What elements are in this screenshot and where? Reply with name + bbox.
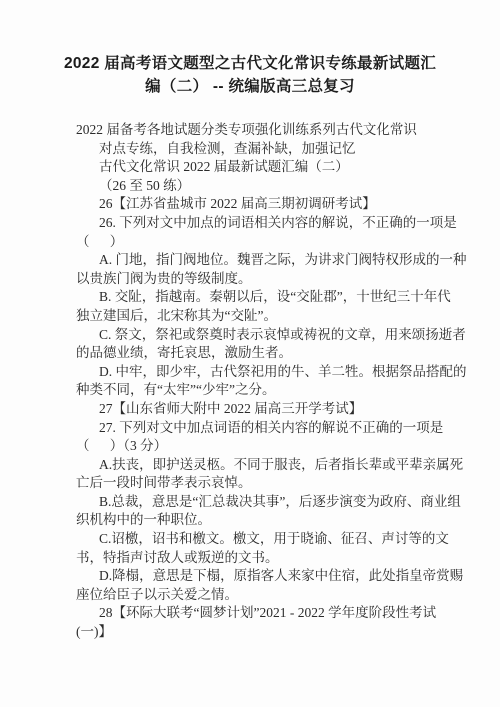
- question-27-option-d-line-1: D.降榻，意思是下榻，原指客人来家中住宿，此处指皇帝赏赐: [76, 567, 436, 586]
- page-title-line-2: 编（二） -- 统编版高三总复习: [50, 75, 450, 98]
- document-page: 2022 届高考语文题型之古代文化常识专练最新试题汇 编（二） -- 统编版高三…: [0, 0, 500, 707]
- practice-tagline-line: 对点专练，自我检测，查漏补缺，加强记忆: [76, 140, 436, 159]
- question-27-option-c-line-1: C.诏檄，诏书和檄文。檄文，用于晓谕、征召、声讨等的文: [76, 530, 436, 549]
- question-26-option-c-line-2: 的品德业绩，寄托哀思，激励生者。: [76, 344, 436, 363]
- document-body: 2022 届备考各地试题分类专项强化训练系列古代文化常识 对点专练，自我检测，查…: [76, 121, 436, 642]
- question-26-answer-blank: （ ）: [76, 233, 436, 252]
- question-27-stem-line: 27. 下列对文中加点词语的相关内容的解说不正确的一项是: [76, 419, 436, 438]
- question-26-option-d-line-1: D. 中牢，即少牢，古代祭祀用的牛、羊二牲。根据祭品搭配的: [76, 363, 436, 382]
- question-26-option-b-line-1: B. 交阯，指越南。秦朝以后，设“交阯郡”，十世纪三十年代: [76, 288, 436, 307]
- exam-28-source-line-1: 28【环际大联考“圆梦计划”2021 - 2022 学年度阶段性考试: [76, 604, 436, 623]
- practice-range-line: （26 至 50 练）: [76, 177, 436, 196]
- series-intro-line: 2022 届备考各地试题分类专项强化训练系列古代文化常识: [76, 121, 436, 140]
- page-title: 2022 届高考语文题型之古代文化常识专练最新试题汇 编（二） -- 统编版高三…: [50, 52, 450, 98]
- exam-28-source-line-2: (一)】: [76, 623, 436, 642]
- question-27-option-b-line-1: B.总裁，意思是“汇总裁决其事”，后逐步演变为政府、商业组: [76, 493, 436, 512]
- question-26-option-a-line-1: A. 门地，指门阀地位。魏晋之际，为讲求门阀特权形成的一种: [76, 251, 436, 270]
- question-26-option-a-line-2: 以贵族门阀为贵的等级制度。: [76, 270, 436, 289]
- question-27-option-d-line-2: 座位给臣子以示关爱之情。: [76, 586, 436, 605]
- question-27-option-a-line-1: A.扶丧，即护送灵柩。不同于服丧，后者指长辈或平辈亲属死: [76, 456, 436, 475]
- exam-27-source-line: 27【山东省师大附中 2022 届高三开学考试】: [76, 400, 436, 419]
- question-26-option-b-line-2: 独立建国后，北宋称其为“交阯”。: [76, 307, 436, 326]
- question-26-stem-line: 26. 下列对文中加点的词语相关内容的解说，不正确的一项是: [76, 214, 436, 233]
- question-27-option-c-line-2: 书，特指声讨敌人或叛逆的文书。: [76, 549, 436, 568]
- page-title-line-1: 2022 届高考语文题型之古代文化常识专练最新试题汇: [50, 52, 450, 75]
- question-26-option-c-line-1: C. 祭文，祭祀或祭奠时表示哀悼或祷祝的文章，用来颂扬逝者: [76, 326, 436, 345]
- exam-26-source-line: 26【江苏省盐城市 2022 届高三期初调研考试】: [76, 195, 436, 214]
- collection-title-line: 古代文化常识 2022 届最新试题汇编（二）: [76, 158, 436, 177]
- question-27-option-b-line-2: 织机构中的一种职位。: [76, 511, 436, 530]
- question-26-option-d-line-2: 种类不同，有“太牢”“少牢”之分。: [76, 381, 436, 400]
- question-27-option-a-line-2: 亡后一段时间带孝表示哀悼。: [76, 474, 436, 493]
- question-27-answer-blank: （ ）（3 分）: [76, 437, 436, 456]
